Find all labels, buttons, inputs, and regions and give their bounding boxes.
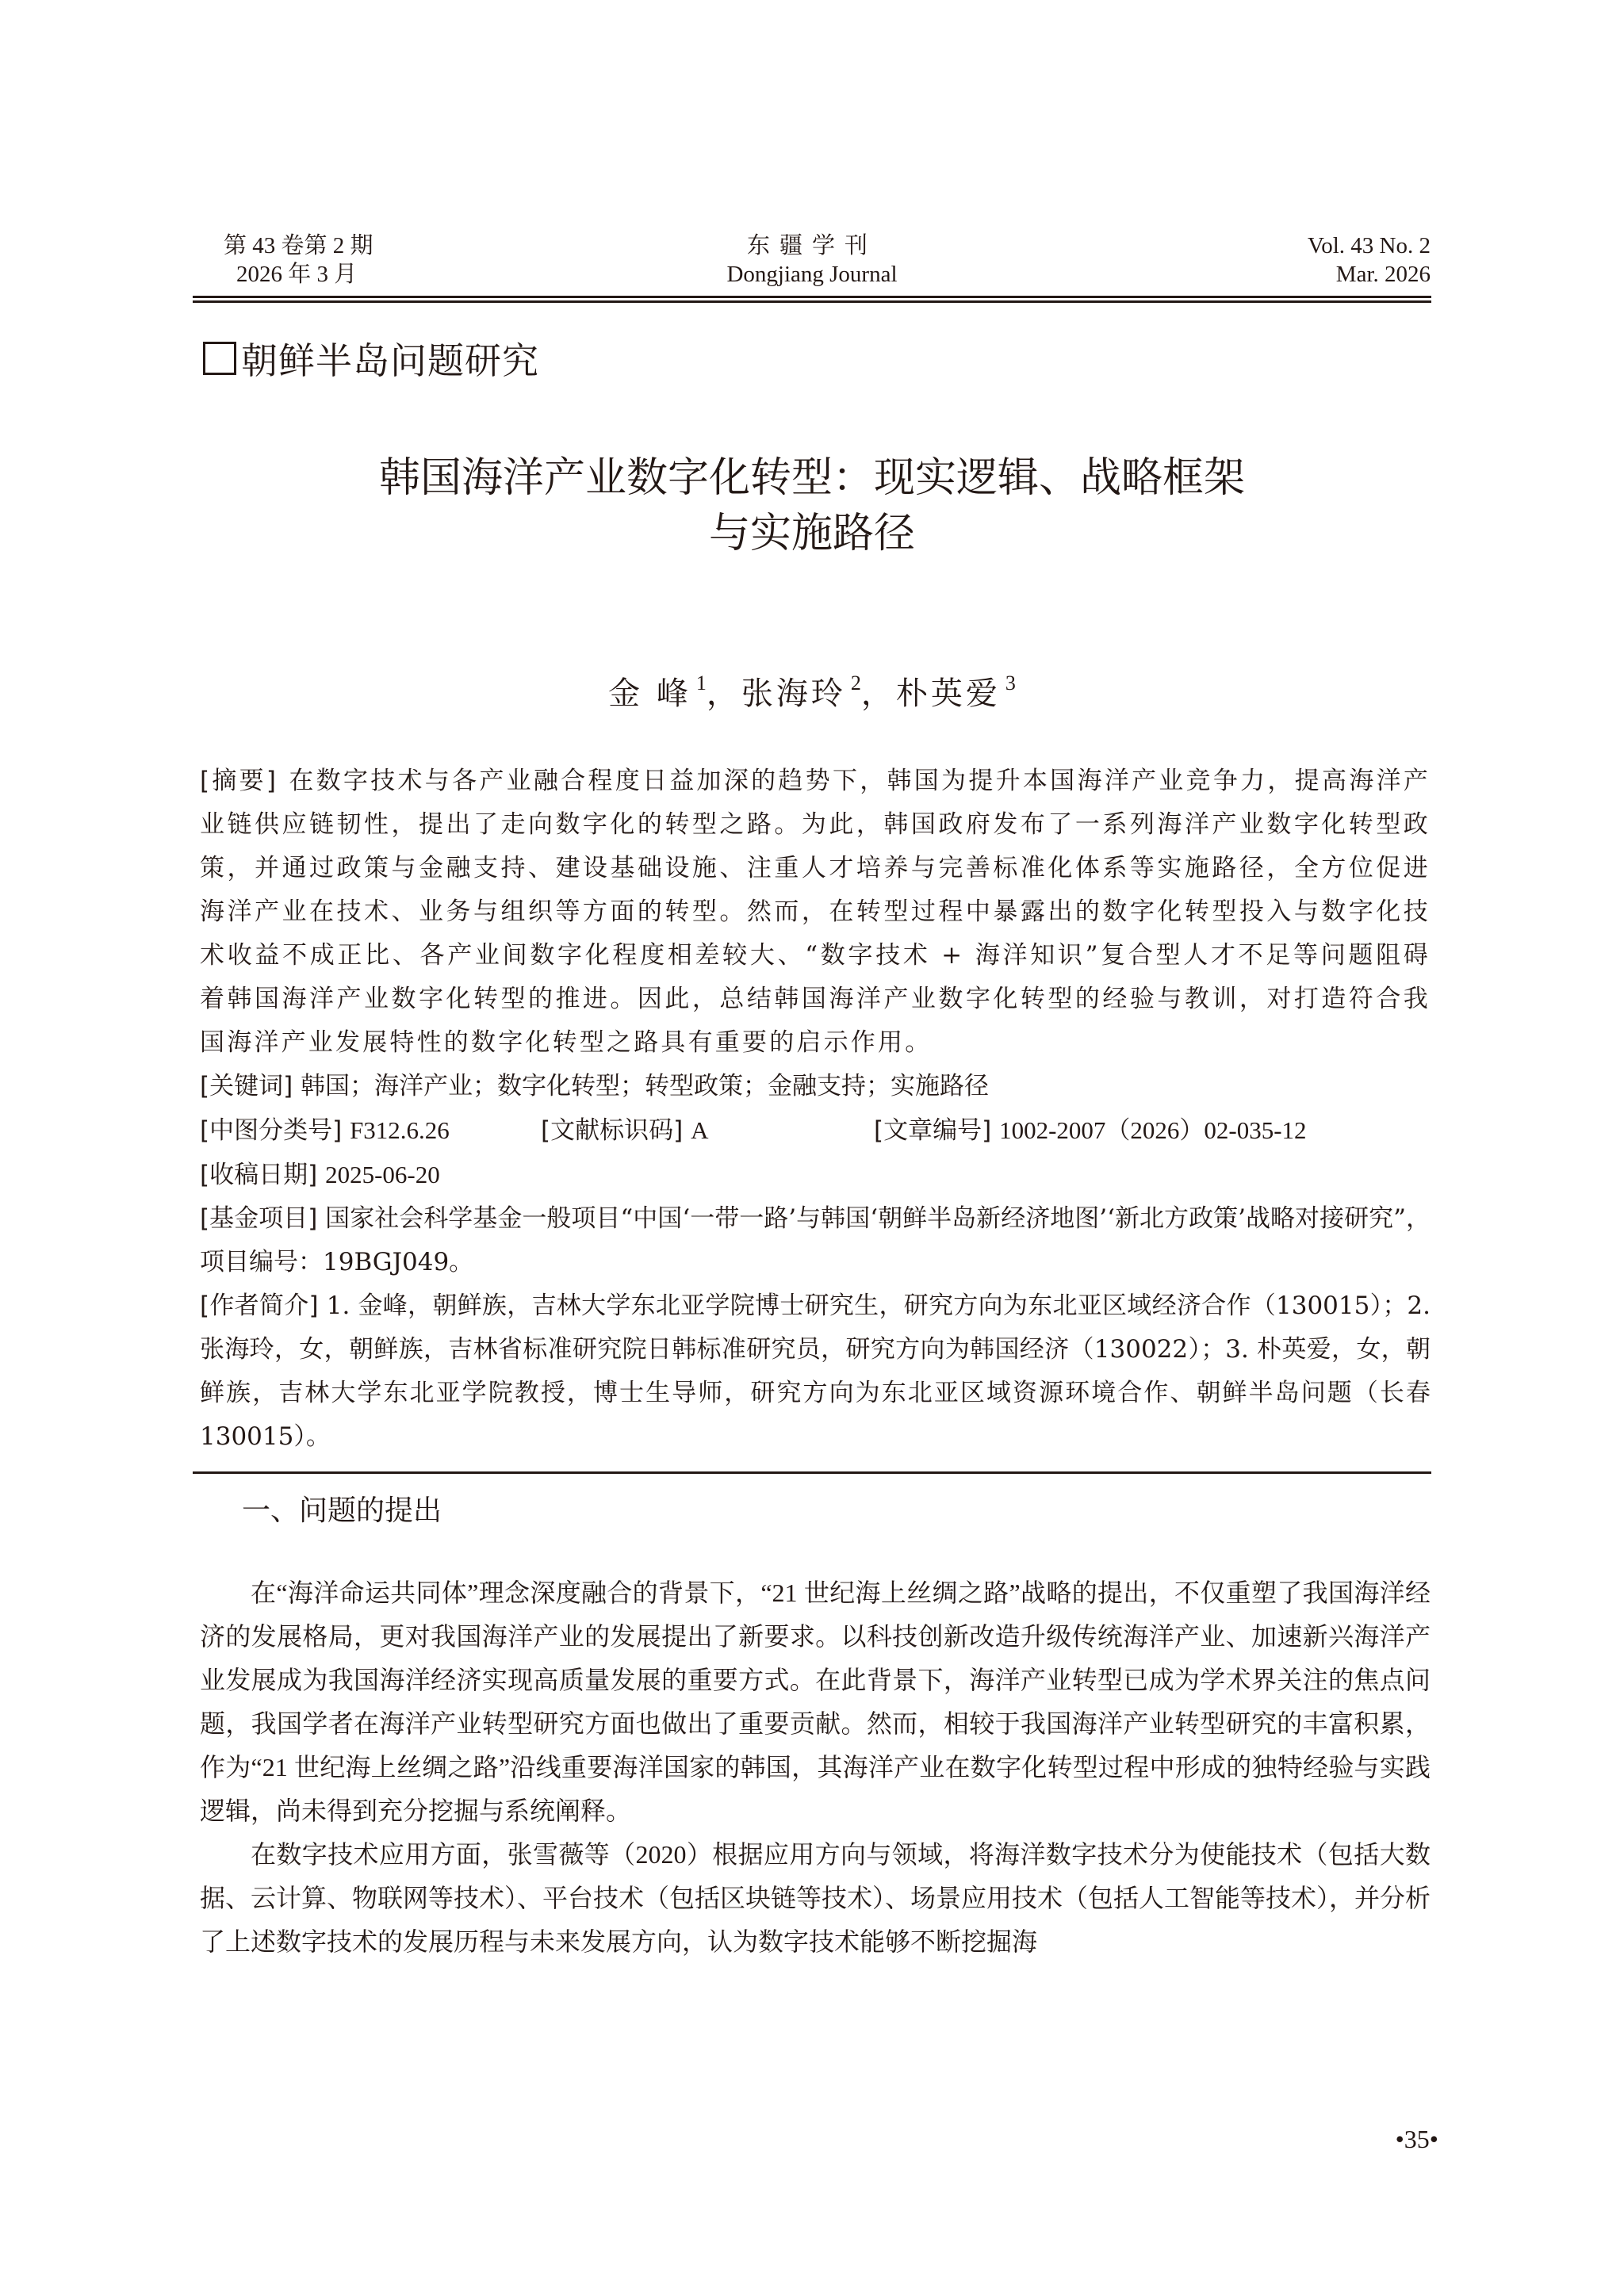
- doc-code-value: A: [691, 1116, 708, 1144]
- title-line-1: 韩国海洋产业数字化转型：现实逻辑、战略框架: [193, 450, 1431, 506]
- journal-name-cn: 东疆学刊: [653, 232, 971, 260]
- journal-name-en: Dongjiang Journal: [653, 260, 971, 289]
- column-label: 朝鲜半岛问题研究: [203, 337, 539, 385]
- author-name: 朴英爱: [896, 675, 1001, 712]
- keywords: [关键词] 韩国；海洋产业；数字化转型；转型政策；金融支持；实施路径: [200, 1065, 1431, 1108]
- metadata-divider: [193, 1471, 1431, 1474]
- author-separator: ，: [707, 675, 741, 712]
- title-line-2: 与实施路径: [193, 506, 1431, 561]
- funding: [基金项目] 国家社会科学基金一般项目“中国‘一带一路’与韩国‘朝鲜半岛新经济地…: [200, 1197, 1431, 1284]
- header-rule-thick: [193, 296, 1431, 298]
- author-separator: ，: [861, 675, 896, 712]
- running-header-left: 第 43 卷第 2 期 2026 年 3 月: [224, 232, 373, 289]
- paragraph: 在“海洋命运共同体”理念深度融合的背景下，“21 世纪海上丝绸之路”战略的提出，…: [200, 1571, 1431, 1833]
- section-heading: 一、问题的提出: [242, 1490, 442, 1532]
- received-label: [收稿日期]: [200, 1161, 317, 1189]
- header-rule-thin: [193, 300, 1431, 303]
- issue-date: 2026 年 3 月: [224, 260, 373, 289]
- keywords-text: 韩国；海洋产业；数字化转型；转型政策；金融支持；实施路径: [301, 1072, 989, 1100]
- received-value: 2025-06-20: [325, 1161, 440, 1188]
- received-date: [收稿日期] 2025-06-20: [200, 1153, 1431, 1197]
- funding-text: 国家社会科学基金一般项目“中国‘一带一路’与韩国‘朝鲜半岛新经济地图’‘新北方政…: [200, 1204, 1431, 1276]
- page-number: •35•: [1396, 2125, 1438, 2154]
- author-bio: [作者简介] 1. 金峰，朝鲜族，吉林大学东北亚学院博士研究生，研究方向为东北亚…: [200, 1284, 1431, 1459]
- running-header-right: Vol. 43 No. 2 Mar. 2026: [1308, 232, 1431, 289]
- author-name: 金 峰: [608, 675, 691, 712]
- clc-label: [中图分类号]: [200, 1116, 342, 1145]
- author-name: 张海玲: [741, 675, 846, 712]
- author-affiliation-mark: 1: [696, 672, 707, 695]
- volume-issue-en: Vol. 43 No. 2: [1308, 232, 1431, 260]
- author-list: 金 峰1，张海玲2，朴英爱3: [193, 660, 1431, 717]
- doc-code-group: [文献标识码] A: [541, 1108, 874, 1153]
- article-title: 韩国海洋产业数字化转型：现实逻辑、战略框架 与实施路径: [193, 450, 1431, 561]
- abstract-text: 在数字技术与各产业融合程度日益加深的趋势下，韩国为提升本国海洋产业竞争力，提高海…: [200, 767, 1431, 1057]
- volume-issue: 第 43 卷第 2 期: [224, 232, 373, 260]
- clc-group: [中图分类号] F312.6.26: [200, 1108, 541, 1153]
- body-text: 在“海洋命运共同体”理念深度融合的背景下，“21 世纪海上丝绸之路”战略的提出，…: [200, 1571, 1431, 1964]
- funding-label: [基金项目]: [200, 1204, 317, 1233]
- author-bio-text: 1. 金峰，朝鲜族，吉林大学东北亚学院博士研究生，研究方向为东北亚区域经济合作（…: [200, 1291, 1431, 1451]
- clc-value: F312.6.26: [350, 1116, 450, 1144]
- article-metadata: [摘要] 在数字技术与各产业融合程度日益加深的趋势下，韩国为提升本国海洋产业竞争…: [200, 760, 1431, 1459]
- abstract-label: [摘要]: [200, 767, 278, 795]
- classification-row: [中图分类号] F312.6.26[文献标识码] A[文章编号] 1002-20…: [200, 1108, 1431, 1153]
- article-no-label: [文章编号]: [874, 1116, 991, 1145]
- issue-date-en: Mar. 2026: [1308, 260, 1431, 289]
- article-no-value: 1002-2007（2026）02-035-12: [999, 1116, 1306, 1144]
- header-double-rule: [193, 296, 1431, 303]
- square-bullet-icon: [203, 342, 236, 375]
- abstract: [摘要] 在数字技术与各产业融合程度日益加深的趋势下，韩国为提升本国海洋产业竞争…: [200, 760, 1431, 1065]
- running-header-center: 东疆学刊 Dongjiang Journal: [653, 232, 971, 289]
- author-bio-label: [作者简介]: [200, 1291, 319, 1320]
- article-no-group: [文章编号] 1002-2007（2026）02-035-12: [874, 1108, 1307, 1153]
- author-affiliation-mark: 3: [1005, 672, 1016, 695]
- author-affiliation-mark: 2: [851, 672, 861, 695]
- doc-code-label: [文献标识码]: [541, 1116, 683, 1145]
- column-label-text: 朝鲜半岛问题研究: [241, 339, 539, 382]
- keywords-label: [关键词]: [200, 1072, 293, 1100]
- paragraph: 在数字技术应用方面，张雪薇等（2020）根据应用方向与领域，将海洋数字技术分为使…: [200, 1833, 1431, 1964]
